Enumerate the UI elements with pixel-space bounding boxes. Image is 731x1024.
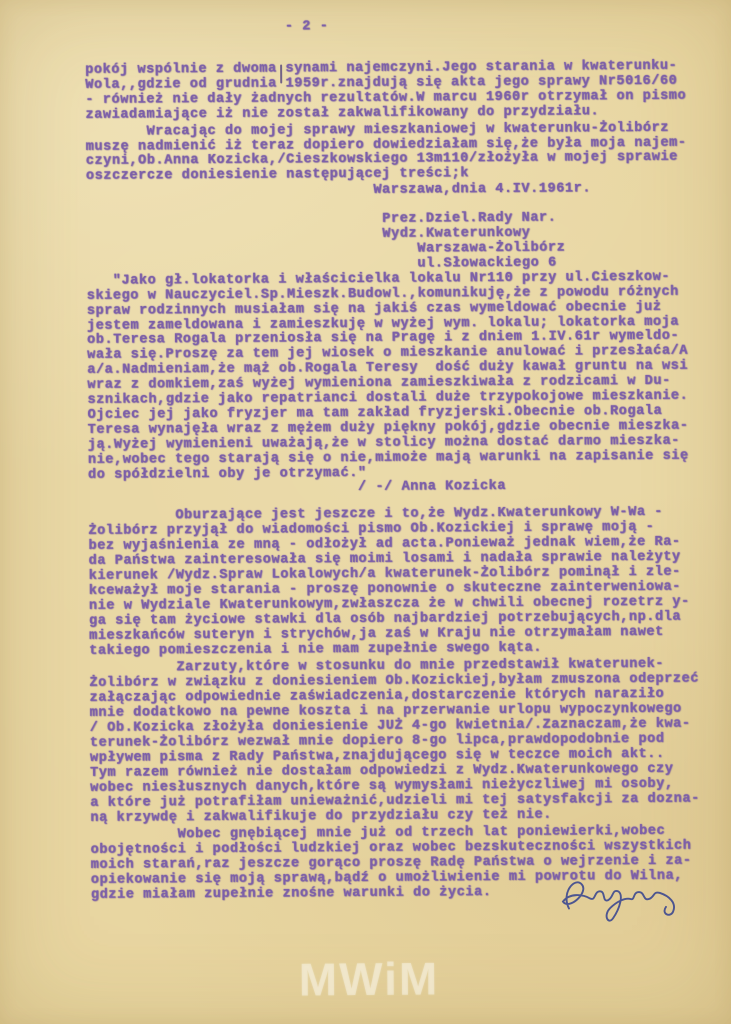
archive-watermark: MWiM	[3, 949, 731, 1008]
typed-letter-body: - 2 - pokój wspólnie z dwoma synami naje…	[0, 0, 731, 1024]
dateline: Warszawa,dnia 4.IV.1961r.	[86, 182, 716, 201]
letter-column: pokój wspólnie z dwoma synami najemczyni…	[85, 60, 721, 904]
quoted-denunciation: "Jako gł.lokatorka i właścicielka lokalu…	[87, 270, 718, 483]
paragraph-wracajac: Wracając do mojej sprawy mieszkaniowej w…	[86, 121, 716, 185]
handwritten-signature	[553, 868, 693, 941]
quote-signature: / -/ Anna Kozicka	[88, 479, 718, 498]
paragraph-continuation: pokój wspólnie z dwoma synami najemczyni…	[85, 60, 715, 124]
paragraph-zarzuty: Zarzuty,które w stosunku do mnie przedst…	[89, 658, 720, 826]
recipient-block: Prez.Dziel.Rady Nar. Wydz.Kwaterunkowy W…	[86, 211, 716, 275]
paragraph-oburzajace: Oburzające jest jeszcze i to,że Wydz.Kwa…	[88, 506, 719, 659]
scanned-letter-page: { "document": { "page_number": "- 2 -", …	[0, 0, 731, 1024]
page-number: - 2 -	[285, 20, 329, 35]
